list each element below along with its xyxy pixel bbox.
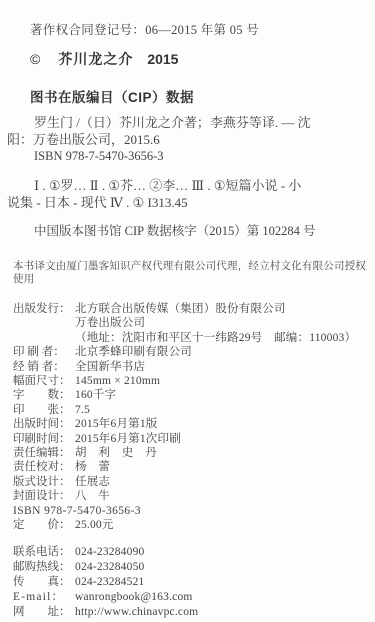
detail-row-pubdate: 出版时间： 2015年6月第1版 — [13, 417, 367, 431]
detail-label: 责任校对： — [13, 460, 75, 474]
authorization-note: 本书译文由厦门墨客知识产权代理有限公司代理，经立村文化有限公司授权使用 — [13, 260, 367, 286]
detail-label: 经 销 者： — [13, 360, 75, 374]
contact-row-phone: 联系电话： 024-23284090 — [13, 545, 367, 560]
detail-value: 八 牛 — [75, 489, 367, 503]
detail-row-printer: 印 刷 者： 北京季蜂印刷有限公司 — [13, 345, 367, 359]
contact-label: E-mail： — [13, 590, 75, 605]
contact-label: 传 真： — [13, 575, 75, 590]
contact-value: 024-23284050 — [75, 560, 367, 575]
cip-entry-line-2: 阳：万卷出版公司，2015.6 — [7, 132, 365, 149]
detail-value: 胡 利 史 丹 — [75, 446, 367, 460]
detail-label — [13, 316, 75, 330]
detail-row-cover-designer: 封面设计： 八 牛 — [13, 489, 367, 503]
detail-label: 定 价： — [13, 518, 75, 532]
cip-isbn-line: ISBN 978-7-5470-3656-3 — [34, 148, 375, 165]
detail-row-editor: 责任编辑： 胡 利 史 丹 — [13, 446, 367, 460]
contact-label: 邮购热线： — [13, 560, 75, 575]
detail-value: （地址：沈阳市和平区十一纬路29号 邮编：110003） — [75, 331, 367, 345]
detail-label — [13, 331, 75, 345]
cip-class-line-2: 说集 - 日本 - 现代 Ⅳ . ① I313.45 — [7, 195, 365, 212]
detail-value: 2015年6月第1次印刷 — [75, 432, 367, 446]
detail-label: 封面设计： — [13, 489, 75, 503]
detail-value: ISBN 978-7-5470-3656-3 — [13, 504, 367, 518]
detail-row-publisher: 出版发行： 北方联合出版传媒（集团）股份有限公司 — [13, 302, 367, 316]
detail-value: 2015年6月第1版 — [75, 417, 367, 431]
detail-label: 责任编辑： — [13, 446, 75, 460]
detail-value: 全国新华书店 — [75, 360, 367, 374]
contact-value: http://www.chinavpc.com — [75, 605, 367, 620]
detail-label: 字 数： — [13, 388, 75, 402]
contact-row-fax: 传 真： 024-23284521 — [13, 575, 367, 590]
top-section: 著作权合同登记号：06—2015 年第 05 号 ©芥川龙之介2015 — [30, 22, 357, 69]
publication-details: 出版发行： 北方联合出版传媒（集团）股份有限公司 万卷出版公司 （地址：沈阳市和… — [13, 302, 367, 533]
contact-row-email: E-mail： wanrongbook@163.com — [13, 590, 367, 605]
detail-row-address: （地址：沈阳市和平区十一纬路29号 邮编：110003） — [13, 331, 367, 345]
contact-value: 024-23284521 — [75, 575, 367, 590]
detail-row-publisher-2: 万卷出版公司 — [13, 316, 367, 330]
detail-value: 北方联合出版传媒（集团）股份有限公司 — [75, 302, 367, 316]
detail-label: 版式设计： — [13, 475, 75, 489]
detail-value: 7.5 — [75, 403, 367, 417]
detail-value: 145mm × 210mm — [75, 374, 367, 388]
detail-row-proofreader: 责任校对： 杨 蕾 — [13, 460, 367, 474]
detail-value: 160千字 — [75, 388, 367, 402]
cip-heading: 图书在版编目（CIP）数据 — [30, 89, 375, 107]
isbn-line: ISBN 978-7-5470-3656-3 — [13, 504, 367, 518]
detail-row-price: 定 价： 25.00元 — [13, 518, 367, 532]
copyright-symbol: © — [30, 51, 40, 67]
detail-label: 出版发行： — [13, 302, 75, 316]
copyright-holder: 芥川龙之介 — [58, 51, 133, 67]
cip-class-line-1: Ⅰ . ①罗… Ⅱ . ①芥… ②李… Ⅲ . ①短篇小说 - 小 — [7, 178, 365, 195]
detail-value: 万卷出版公司 — [75, 316, 367, 330]
cip-classification: Ⅰ . ①罗… Ⅱ . ①芥… ②李… Ⅲ . ①短篇小说 - 小 说集 - 日… — [7, 178, 365, 211]
contact-info: 联系电话： 024-23284090 邮购热线： 024-23284050 传 … — [13, 545, 367, 621]
detail-label: 印刷时间： — [13, 432, 75, 446]
cip-entry-line-1: 罗生门 /（日）芥川龙之介著；李燕芬等译. — 沈 — [7, 115, 365, 132]
detail-row-distributor: 经 销 者： 全国新华书店 — [13, 360, 367, 374]
detail-value: 北京季蜂印刷有限公司 — [75, 345, 367, 359]
contact-row-website: 网 址： http://www.chinavpc.com — [13, 605, 367, 620]
detail-row-sheets: 印 张： 7.5 — [13, 403, 367, 417]
contact-label: 网 址： — [13, 605, 75, 620]
cip-entry: 罗生门 /（日）芥川龙之介著；李燕芬等译. — 沈 阳：万卷出版公司，2015.… — [7, 115, 365, 148]
detail-value: 任展志 — [75, 475, 367, 489]
contact-value: wanrongbook@163.com — [75, 590, 367, 605]
copyright-year: 2015 — [147, 51, 178, 67]
registration-line: 著作权合同登记号：06—2015 年第 05 号 — [30, 22, 357, 39]
contact-label: 联系电话： — [13, 545, 75, 560]
detail-value: 25.00元 — [75, 518, 367, 532]
detail-row-printdate: 印刷时间： 2015年6月第1次印刷 — [13, 432, 367, 446]
contact-value: 024-23284090 — [75, 545, 367, 560]
detail-label: 印 张： — [13, 403, 75, 417]
copyright-line: ©芥川龙之介2015 — [30, 50, 357, 69]
copyright-page: 著作权合同登记号：06—2015 年第 05 号 ©芥川龙之介2015 图书在版… — [0, 0, 375, 622]
detail-label: 幅面尺寸： — [13, 374, 75, 388]
detail-label: 出版时间： — [13, 417, 75, 431]
detail-value: 杨 蕾 — [75, 460, 367, 474]
contact-row-mailorder: 邮购热线： 024-23284050 — [13, 560, 367, 575]
detail-row-layout-designer: 版式设计： 任展志 — [13, 475, 367, 489]
cip-record-line: 中国版本图书馆 CIP 数据核字（2015）第 102284 号 — [34, 223, 375, 240]
detail-label: 印 刷 者： — [13, 345, 75, 359]
detail-row-size: 幅面尺寸： 145mm × 210mm — [13, 374, 367, 388]
detail-row-wordcount: 字 数： 160千字 — [13, 388, 367, 402]
